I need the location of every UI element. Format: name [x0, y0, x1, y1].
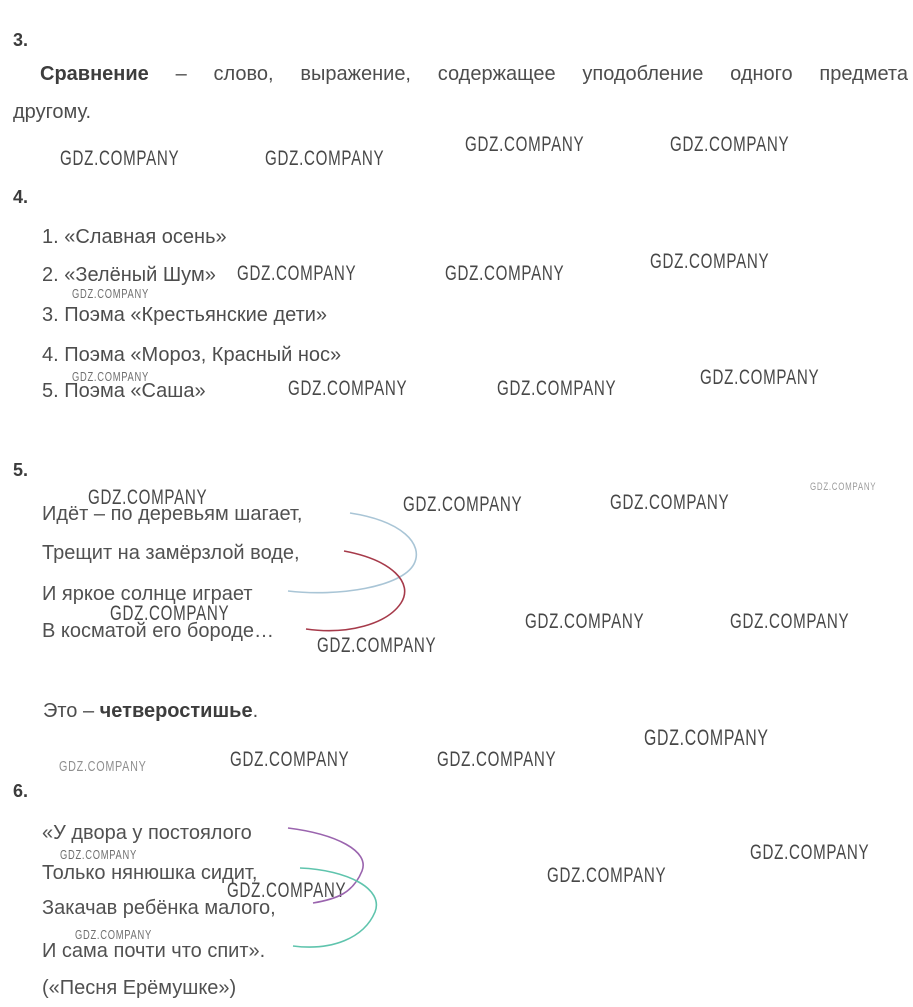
poem5-line-1: Идёт – по деревьям шагает, [42, 503, 302, 526]
section-5-heading: 5. [13, 460, 28, 481]
watermark: GDZ.COMPANY [403, 493, 522, 517]
poem-list-item-1: 1. «Славная осень» [42, 226, 227, 249]
conclusion-period: . [253, 700, 259, 722]
poem6-line-1: «У двора у постоялого [42, 822, 252, 845]
watermark: GDZ.COMPANY [288, 377, 407, 401]
poem-list-item-2: 2. «Зелёный Шум» [42, 264, 216, 287]
section-3-heading: 3. [13, 30, 28, 51]
watermark: GDZ.COMPANY [610, 491, 729, 515]
watermark: GDZ.COMPANY [730, 610, 849, 634]
watermark: GDZ.COMPANY [700, 366, 819, 390]
section-6-heading: 6. [13, 781, 28, 802]
poem5-line-2: Трещит на замёрзлой воде, [42, 542, 300, 565]
watermark: GDZ.COMPANY [230, 748, 349, 772]
poem-source: («Песня Ерёмушке») [42, 977, 236, 1000]
poem-list-item-3: 3. Поэма «Крестьянские дети» [42, 304, 327, 327]
watermark: GDZ.COMPANY [227, 879, 346, 903]
watermark: GDZ.COMPANY [497, 377, 616, 401]
watermark: GDZ.COMPANY [670, 133, 789, 157]
section-4-heading: 4. [13, 187, 28, 208]
watermark: GDZ.COMPANY [750, 841, 869, 865]
definition-paragraph-line2: другому. [13, 101, 91, 124]
watermark: GDZ.COMPANY [525, 610, 644, 634]
watermark: GDZ.COMPANY [75, 927, 152, 942]
watermark: GDZ.COMPANY [59, 758, 147, 775]
poem6-line-2: Только нянюшка сидит, [42, 862, 257, 885]
watermark: GDZ.COMPANY [810, 481, 876, 493]
definition-paragraph-line1: Сравнение – слово, выражение, содержащее… [40, 63, 908, 86]
conclusion-prefix: Это – [43, 700, 100, 722]
rhyme-arc-red-line2-line4 [306, 551, 405, 631]
watermark: GDZ.COMPANY [265, 147, 384, 171]
watermark: GDZ.COMPANY [110, 602, 229, 626]
watermark: GDZ.COMPANY [237, 262, 356, 286]
definition-term: Сравнение [40, 63, 149, 85]
watermark: GDZ.COMPANY [644, 725, 769, 751]
document-page: { "watermark": { "label": "GDZ.COMPANY" … [0, 0, 913, 1007]
watermark: GDZ.COMPANY [547, 864, 666, 888]
watermark: GDZ.COMPANY [437, 748, 556, 772]
watermark: GDZ.COMPANY [72, 369, 149, 384]
poem-list-item-4: 4. Поэма «Мороз, Красный нос» [42, 344, 341, 367]
watermark: GDZ.COMPANY [317, 634, 436, 658]
watermark: GDZ.COMPANY [465, 133, 584, 157]
conclusion-line: Это – четверостишье. [43, 700, 258, 723]
watermark: GDZ.COMPANY [60, 147, 179, 171]
watermark: GDZ.COMPANY [445, 262, 564, 286]
watermark: GDZ.COMPANY [60, 847, 137, 862]
definition-rest: – слово, выражение, содержащее уподоблен… [149, 63, 908, 85]
watermark: GDZ.COMPANY [650, 250, 769, 274]
conclusion-term: четверостишье [100, 700, 253, 722]
rhyme-arc-blue-line1-line3 [288, 513, 416, 593]
poem6-line-4: И сама почти что спит». [42, 940, 265, 963]
watermark: GDZ.COMPANY [72, 286, 149, 301]
